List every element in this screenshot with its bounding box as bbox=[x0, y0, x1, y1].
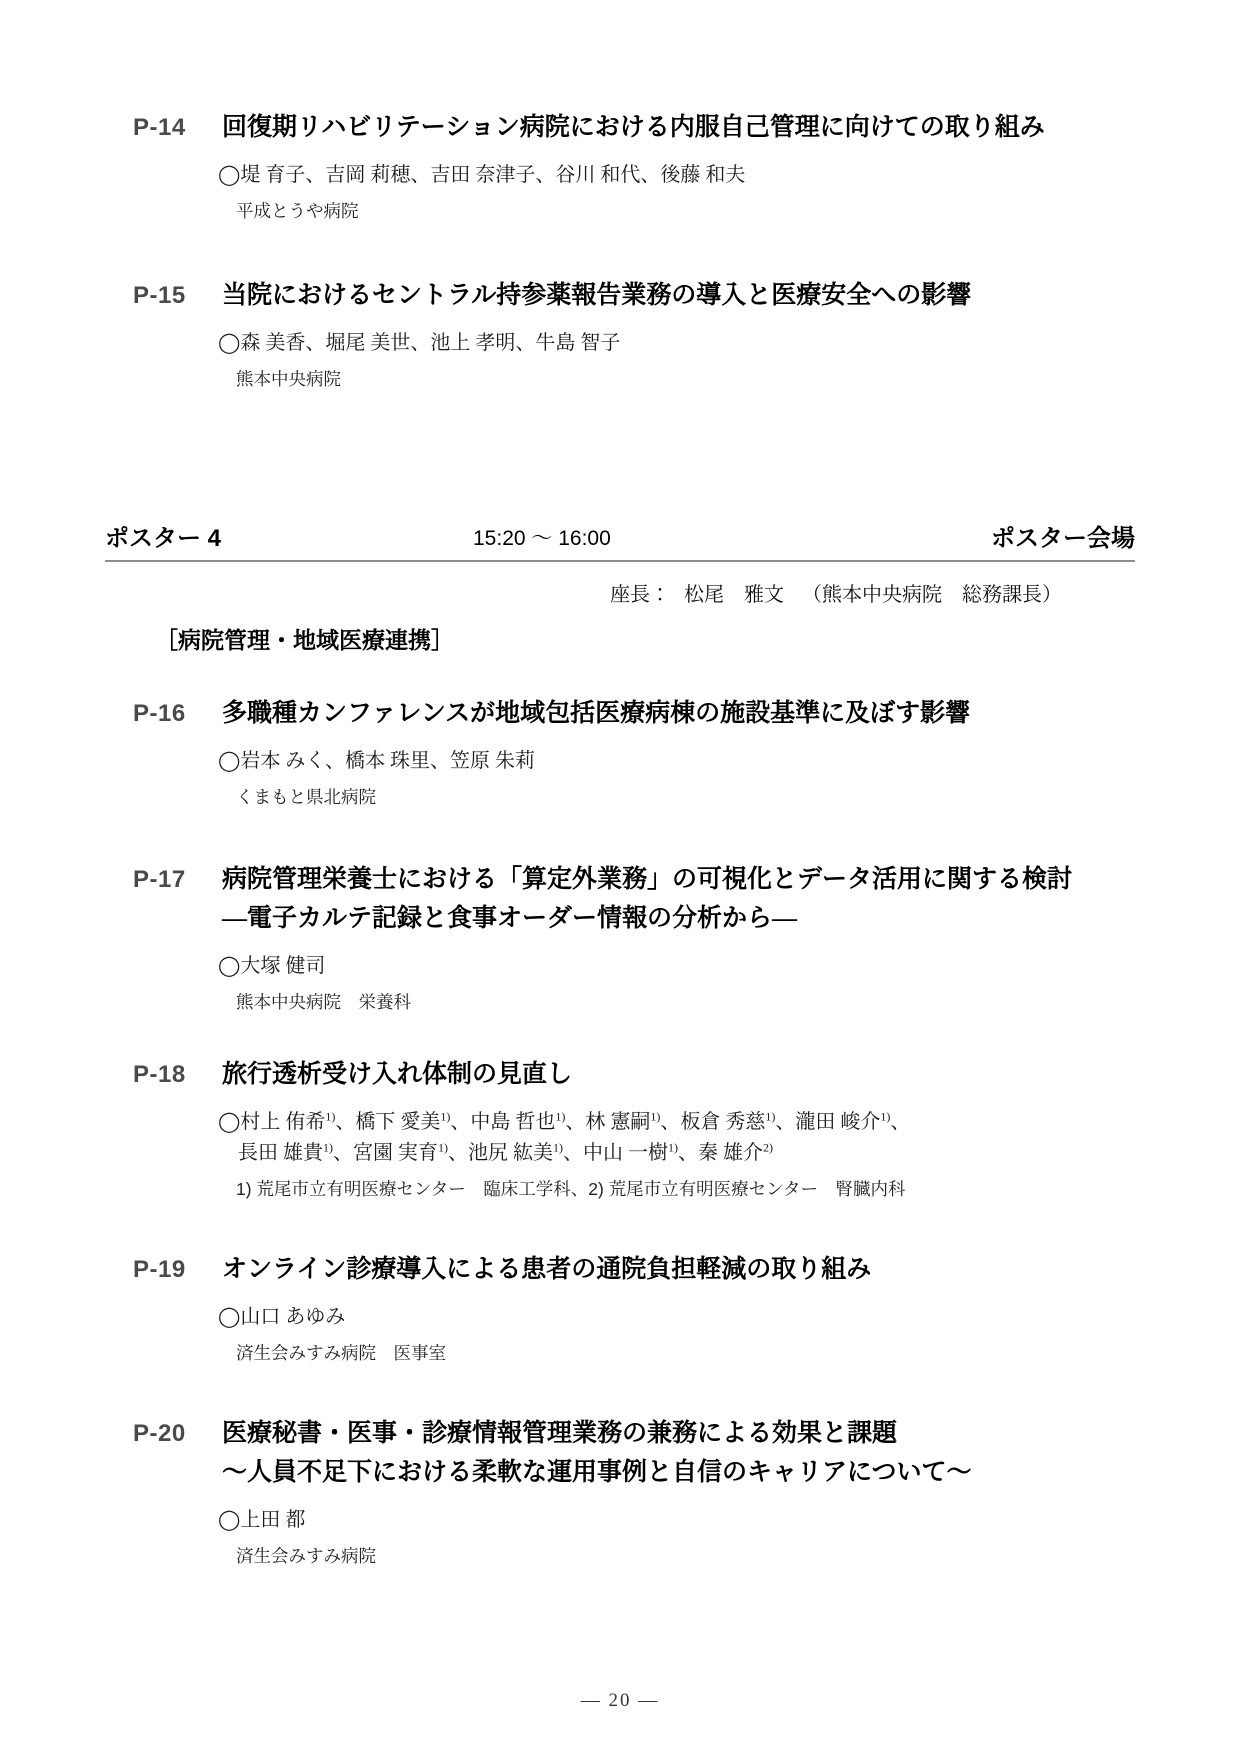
poster-affiliation: くまもと県北病院 bbox=[236, 784, 1135, 810]
poster-authors: ◯上田 都 bbox=[218, 1505, 1135, 1536]
session-chair: 座長：松尾 雅文（熊本中央病院 総務課長） bbox=[610, 580, 1135, 610]
poster-affiliation: 1) 荒尾市立有明医療センター 臨床工学科、2) 荒尾市立有明医療センター 腎臓… bbox=[236, 1176, 1135, 1202]
session-category: ［病院管理・地域医療連携］ bbox=[155, 624, 1135, 658]
authors-line: ◯村上 侑希1)、橋下 愛美1)、中島 哲也1)、林 憲嗣1)、板倉 秀慈1)、… bbox=[218, 1107, 1135, 1138]
poster-affiliation: 済生会みすみ病院 bbox=[236, 1543, 1135, 1569]
authors-line: ◯堤 育子、吉岡 莉穂、吉田 奈津子、谷川 和代、後藤 和夫 bbox=[218, 160, 1135, 191]
poster-title-line: ～人員不足下における柔軟な運用事例と自信のキャリアについて～ bbox=[222, 1453, 972, 1492]
poster-authors: ◯村上 侑希1)、橋下 愛美1)、中島 哲也1)、林 憲嗣1)、板倉 秀慈1)、… bbox=[218, 1107, 1135, 1169]
poster-title-line: 旅行透析受け入れ体制の見直し bbox=[222, 1055, 572, 1094]
poster-title-line: 当院におけるセントラル持参薬報告業務の導入と医療安全への影響 bbox=[222, 276, 971, 315]
poster-authors: ◯森 美香、堀尾 美世、池上 孝明、牛島 智子 bbox=[218, 328, 1135, 359]
chair-label: 座長： bbox=[610, 584, 670, 606]
entry-p15: P-15 当院におけるセントラル持参薬報告業務の導入と医療安全への影響 ◯森 美… bbox=[105, 276, 1135, 392]
entry-p19: P-19 オンライン診療導入による患者の通院負担軽減の取り組み ◯山口 あゆみ … bbox=[105, 1250, 1135, 1366]
poster-title: 医療秘書・医事・診療情報管理業務の兼務による効果と課題 ～人員不足下における柔軟… bbox=[222, 1414, 972, 1492]
poster-code: P-17 bbox=[133, 860, 222, 898]
poster-authors: ◯山口 あゆみ bbox=[218, 1302, 1135, 1333]
entry-p14: P-14 回復期リハビリテーション病院における内服自己管理に向けての取り組み ◯… bbox=[105, 108, 1135, 224]
chair-affiliation: （熊本中央病院 総務課長） bbox=[802, 584, 1062, 606]
poster-affiliation: 熊本中央病院 栄養科 bbox=[236, 989, 1135, 1015]
authors-line: ◯山口 あゆみ bbox=[218, 1302, 1135, 1333]
poster-code: P-15 bbox=[133, 276, 222, 314]
entry-p16: P-16 多職種カンファレンスが地域包括医療病棟の施設基準に及ぼす影響 ◯岩本 … bbox=[105, 694, 1135, 810]
authors-line: ◯大塚 健司 bbox=[218, 951, 1135, 982]
poster-affiliation: 済生会みすみ病院 医事室 bbox=[236, 1340, 1135, 1366]
session-time: 15:20 ～ 16:00 bbox=[473, 524, 611, 554]
entry-p18: P-18 旅行透析受け入れ体制の見直し ◯村上 侑希1)、橋下 愛美1)、中島 … bbox=[105, 1055, 1135, 1202]
program-page: P-14 回復期リハビリテーション病院における内服自己管理に向けての取り組み ◯… bbox=[0, 0, 1240, 1754]
poster-affiliation: 熊本中央病院 bbox=[236, 366, 1135, 392]
poster-title-line: ―電子カルテ記録と食事オーダー情報の分析から― bbox=[222, 899, 1072, 938]
poster-authors: ◯大塚 健司 bbox=[218, 951, 1135, 982]
poster-authors: ◯堤 育子、吉岡 莉穂、吉田 奈津子、谷川 和代、後藤 和夫 bbox=[218, 160, 1135, 191]
authors-line: 長田 雄貴1)、宮園 実育1)、池尻 紘美1)、中山 一樹1)、秦 雄介2) bbox=[218, 1138, 1135, 1169]
poster-title-line: 医療秘書・医事・診療情報管理業務の兼務による効果と課題 bbox=[222, 1414, 972, 1453]
poster-title: 旅行透析受け入れ体制の見直し bbox=[222, 1055, 572, 1094]
poster-code: P-20 bbox=[133, 1414, 222, 1452]
page-number: ― 20 ― bbox=[0, 1690, 1240, 1712]
authors-line: ◯上田 都 bbox=[218, 1505, 1135, 1536]
session-header: ポスター 4 15:20 ～ 16:00 ポスター会場 bbox=[105, 524, 1135, 562]
poster-title: 回復期リハビリテーション病院における内服自己管理に向けての取り組み bbox=[222, 108, 1045, 147]
poster-code: P-18 bbox=[133, 1055, 222, 1093]
authors-line: ◯森 美香、堀尾 美世、池上 孝明、牛島 智子 bbox=[218, 328, 1135, 359]
poster-authors: ◯岩本 みく、橋本 珠里、笠原 朱莉 bbox=[218, 746, 1135, 777]
poster-title: 当院におけるセントラル持参薬報告業務の導入と医療安全への影響 bbox=[222, 276, 971, 315]
poster-title: 多職種カンファレンスが地域包括医療病棟の施設基準に及ぼす影響 bbox=[222, 694, 970, 733]
poster-title-line: 病院管理栄養士における「算定外業務」の可視化とデータ活用に関する検討 bbox=[222, 860, 1072, 899]
authors-line: ◯岩本 みく、橋本 珠里、笠原 朱莉 bbox=[218, 746, 1135, 777]
session-name: ポスター 4 bbox=[105, 524, 221, 554]
entry-p17: P-17 病院管理栄養士における「算定外業務」の可視化とデータ活用に関する検討 … bbox=[105, 860, 1135, 1015]
poster-title-line: オンライン診療導入による患者の通院負担軽減の取り組み bbox=[222, 1250, 871, 1289]
poster-title: オンライン診療導入による患者の通院負担軽減の取り組み bbox=[222, 1250, 871, 1289]
poster-affiliation: 平成とうや病院 bbox=[236, 198, 1135, 224]
poster-code: P-19 bbox=[133, 1250, 222, 1288]
poster-title-line: 多職種カンファレンスが地域包括医療病棟の施設基準に及ぼす影響 bbox=[222, 694, 970, 733]
chair-name: 松尾 雅文 bbox=[684, 584, 784, 606]
poster-title: 病院管理栄養士における「算定外業務」の可視化とデータ活用に関する検討 ―電子カル… bbox=[222, 860, 1072, 938]
session-venue: ポスター会場 bbox=[991, 524, 1135, 554]
poster-title-line: 回復期リハビリテーション病院における内服自己管理に向けての取り組み bbox=[222, 108, 1045, 147]
entry-p20: P-20 医療秘書・医事・診療情報管理業務の兼務による効果と課題 ～人員不足下に… bbox=[105, 1414, 1135, 1569]
poster-code: P-16 bbox=[133, 694, 222, 732]
poster-code: P-14 bbox=[133, 108, 222, 146]
